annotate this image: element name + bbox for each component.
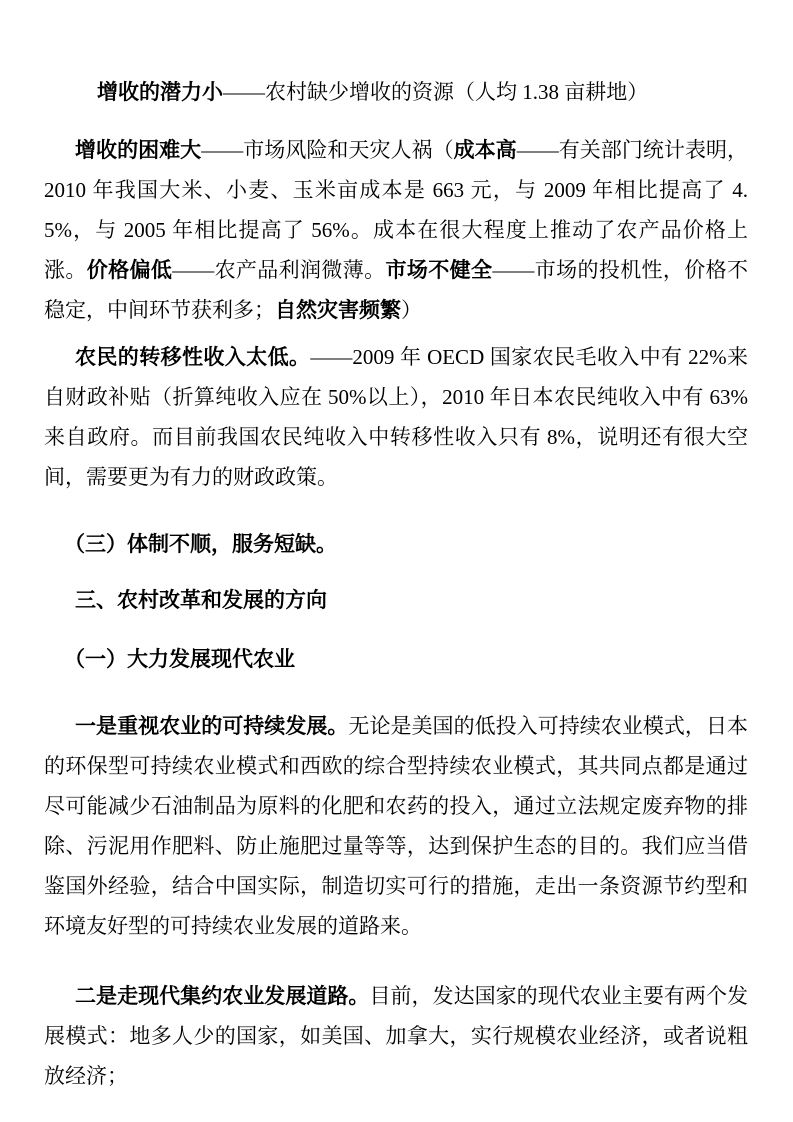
heading-text: 三、农村改革和发展的方向 (75, 588, 327, 612)
text-run-bold: 市场不健全 (386, 258, 493, 282)
paragraph-intensive-agriculture: 二是走现代集约农业发展道路。目前，发达国家的现代农业主要有两个发展模式：地多人少… (44, 976, 748, 1096)
text-run-bold: 农民的转移性收入太低。 (75, 345, 310, 369)
paragraph-income-potential: 增收的潜力小——农村缺少增收的资源（人均 1.38 亩耕地） (44, 72, 748, 112)
text-run-bold: 二是走现代集约农业发展道路。 (75, 984, 369, 1008)
text-run-bold: 一是重视农业的可持续发展。 (75, 714, 348, 738)
heading-subsection-1-modern-agriculture: （一）大力发展现代农业 (44, 639, 748, 679)
paragraph-transfer-income: 农民的转移性收入太低。——2009 年 OECD 国家农民毛收入中有 22%来自… (44, 337, 748, 497)
text-run-bold: 增收的潜力小 (97, 80, 223, 104)
document-page: 增收的潜力小——农村缺少增收的资源（人均 1.38 亩耕地） 增收的困难大——市… (0, 0, 793, 1122)
heading-text: （三）体制不顺，服务短缺。 (64, 532, 337, 556)
text-run-bold: 成本高 (454, 138, 517, 162)
heading-section-3-system-issues: （三）体制不顺，服务短缺。 (44, 524, 748, 564)
text-run-bold: 增收的困难大 (75, 138, 201, 162)
paragraph-income-difficulty: 增收的困难大——市场风险和天灾人祸（成本高——有关部门统计表明，2010 年我国… (44, 130, 748, 330)
text-run-bold: 价格偏低 (87, 258, 172, 282)
heading-chapter-3-reform-direction: 三、农村改革和发展的方向 (44, 580, 748, 620)
paragraph-sustainable-agriculture: 一是重视农业的可持续发展。无论是美国的低投入可持续农业模式，日本的环保型可持续农… (44, 706, 748, 946)
text-run: ——农产品利润微薄。 (172, 258, 385, 282)
text-run: 无论是美国的低投入可持续农业模式，日本的环保型可持续农业模式和西欧的综合型持续农… (44, 714, 748, 938)
text-run: ——市场风险和天灾人祸（ (201, 138, 453, 162)
heading-text: （一）大力发展现代农业 (64, 647, 295, 671)
text-run: ） (401, 298, 422, 322)
text-run: ——农村缺少增收的资源（人均 1.38 亩耕地） (223, 80, 648, 104)
text-run-bold: 自然灾害频繁 (275, 298, 401, 322)
